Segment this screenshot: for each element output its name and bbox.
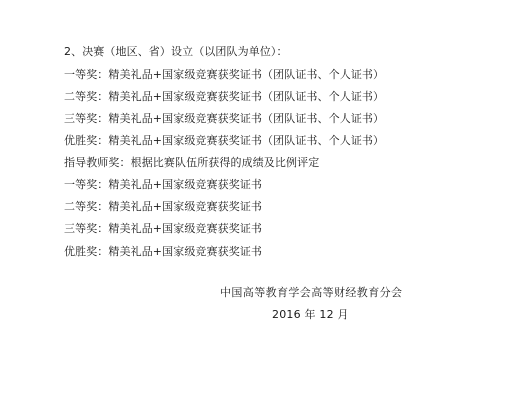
advisor-award-merit: 优胜奖：精美礼品+国家级竞赛获奖证书 — [64, 245, 262, 259]
signature-organization: 中国高等教育学会高等财经教育分会 — [220, 286, 402, 300]
final-award-first: 一等奖：精美礼品+国家级竞赛获奖证书（团队证书、个人证书） — [64, 68, 384, 82]
final-award-third: 三等奖：精美礼品+国家级竞赛获奖证书（团队证书、个人证书） — [64, 112, 384, 126]
final-award-second: 二等奖：精美礼品+国家级竞赛获奖证书（团队证书、个人证书） — [64, 90, 384, 104]
section-heading: 2、决赛（地区、省）设立（以团队为单位）： — [64, 45, 288, 59]
advisor-award-second: 二等奖：精美礼品+国家级竞赛获奖证书 — [64, 200, 262, 214]
final-award-merit: 优胜奖：精美礼品+国家级竞赛获奖证书（团队证书、个人证书） — [64, 134, 384, 148]
advisor-award-heading: 指导教师奖：根据比赛队伍所获得的成绩及比例评定 — [64, 156, 319, 170]
advisor-award-first: 一等奖：精美礼品+国家级竞赛获奖证书 — [64, 178, 262, 192]
signature-date: 2016 年 12 月 — [272, 308, 349, 322]
document-page: 2、决赛（地区、省）设立（以团队为单位）： 一等奖：精美礼品+国家级竞赛获奖证书… — [0, 0, 515, 410]
advisor-award-third: 三等奖：精美礼品+国家级竞赛获奖证书 — [64, 222, 262, 236]
